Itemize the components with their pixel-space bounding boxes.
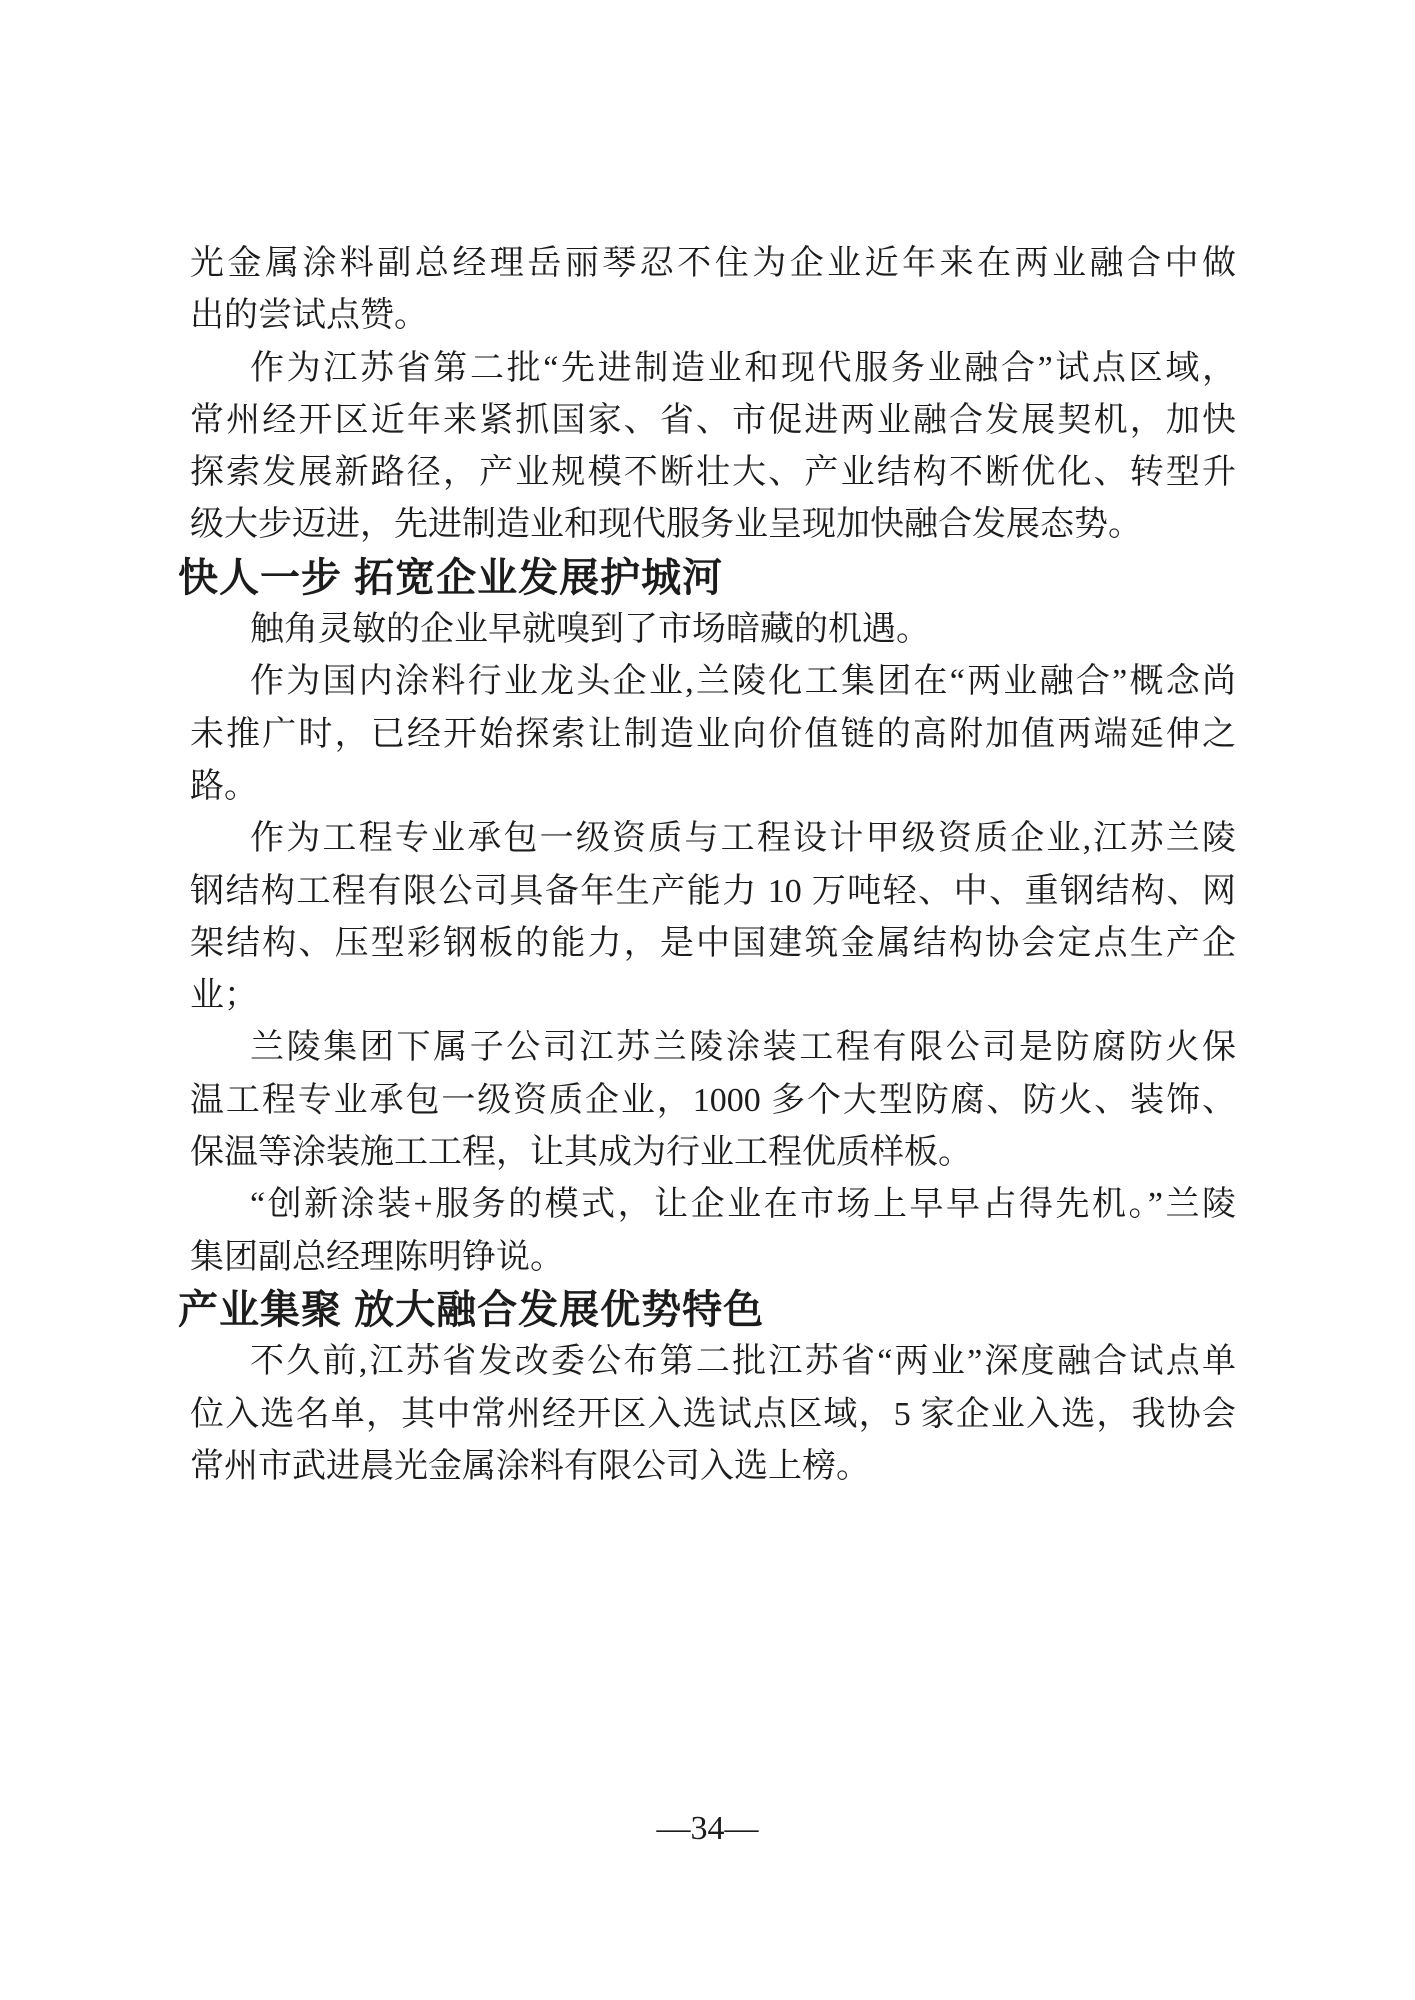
body-line: 保温等涂装施工工程，让其成为行业工程优质样板。 bbox=[190, 1127, 1236, 1179]
body-line: 光金属涂料副总经理岳丽琴忍不住为企业近年来在两业融合中做 bbox=[190, 238, 1236, 290]
body-line: 级大步迈进，先进制造业和现代服务业呈现加快融合发展态势。 bbox=[190, 499, 1236, 551]
document-page: 光金属涂料副总经理岳丽琴忍不住为企业近年来在两业融合中做 出的尝试点赞。 作为江… bbox=[0, 0, 1415, 2000]
body-line: 作为江苏省第二批“先进制造业和现代服务业融合”试点区域， bbox=[190, 343, 1236, 395]
body-line: 出的尝试点赞。 bbox=[190, 290, 1236, 342]
body-line: 位入选名单，其中常州经开区入选试点区域，5 家企业入选，我协会 bbox=[190, 1389, 1236, 1441]
section-heading: 快人一步 拓宽企业发展护城河 bbox=[178, 552, 1236, 604]
body-line: 未推广时，已经开始探索让制造业向价值链的高附加值两端延伸之 bbox=[190, 709, 1236, 761]
body-line: 业； bbox=[190, 970, 1236, 1022]
body-line: 触角灵敏的企业早就嗅到了市场暗藏的机遇。 bbox=[190, 604, 1236, 656]
section-heading: 产业集聚 放大融合发展优势特色 bbox=[178, 1284, 1236, 1336]
body-line: 集团副总经理陈明铮说。 bbox=[190, 1232, 1236, 1284]
body-line: 作为工程专业承包一级资质与工程设计甲级资质企业,江苏兰陵 bbox=[190, 813, 1236, 865]
body-line: 架结构、压型彩钢板的能力，是中国建筑金属结构协会定点生产企 bbox=[190, 918, 1236, 970]
document-body: 光金属涂料副总经理岳丽琴忍不住为企业近年来在两业融合中做 出的尝试点赞。 作为江… bbox=[190, 238, 1236, 1493]
body-line: 常州经开区近年来紧抓国家、省、市促进两业融合发展契机，加快 bbox=[190, 395, 1236, 447]
body-line: 温工程专业承包一级资质企业，1000 多个大型防腐、防火、装饰、 bbox=[190, 1075, 1236, 1127]
body-line: 兰陵集团下属子公司江苏兰陵涂装工程有限公司是防腐防火保 bbox=[190, 1022, 1236, 1074]
body-line: 常州市武进晨光金属涂料有限公司入选上榜。 bbox=[190, 1441, 1236, 1493]
body-line: 钢结构工程有限公司具备年生产能力 10 万吨轻、中、重钢结构、网 bbox=[190, 866, 1236, 918]
body-line: “创新涂装+服务的模式，让企业在市场上早早占得先机。”兰陵 bbox=[190, 1179, 1236, 1231]
body-line: 探索发展新路径，产业规模不断壮大、产业结构不断优化、转型升 bbox=[190, 447, 1236, 499]
body-line: 作为国内涂料行业龙头企业,兰陵化工集团在“两业融合”概念尚 bbox=[190, 656, 1236, 708]
page-number: —34— bbox=[657, 1810, 759, 1847]
page-footer: —34— bbox=[0, 1803, 1415, 1855]
body-line: 不久前,江苏省发改委公布第二批江苏省“两业”深度融合试点单 bbox=[190, 1336, 1236, 1388]
body-line: 路。 bbox=[190, 761, 1236, 813]
